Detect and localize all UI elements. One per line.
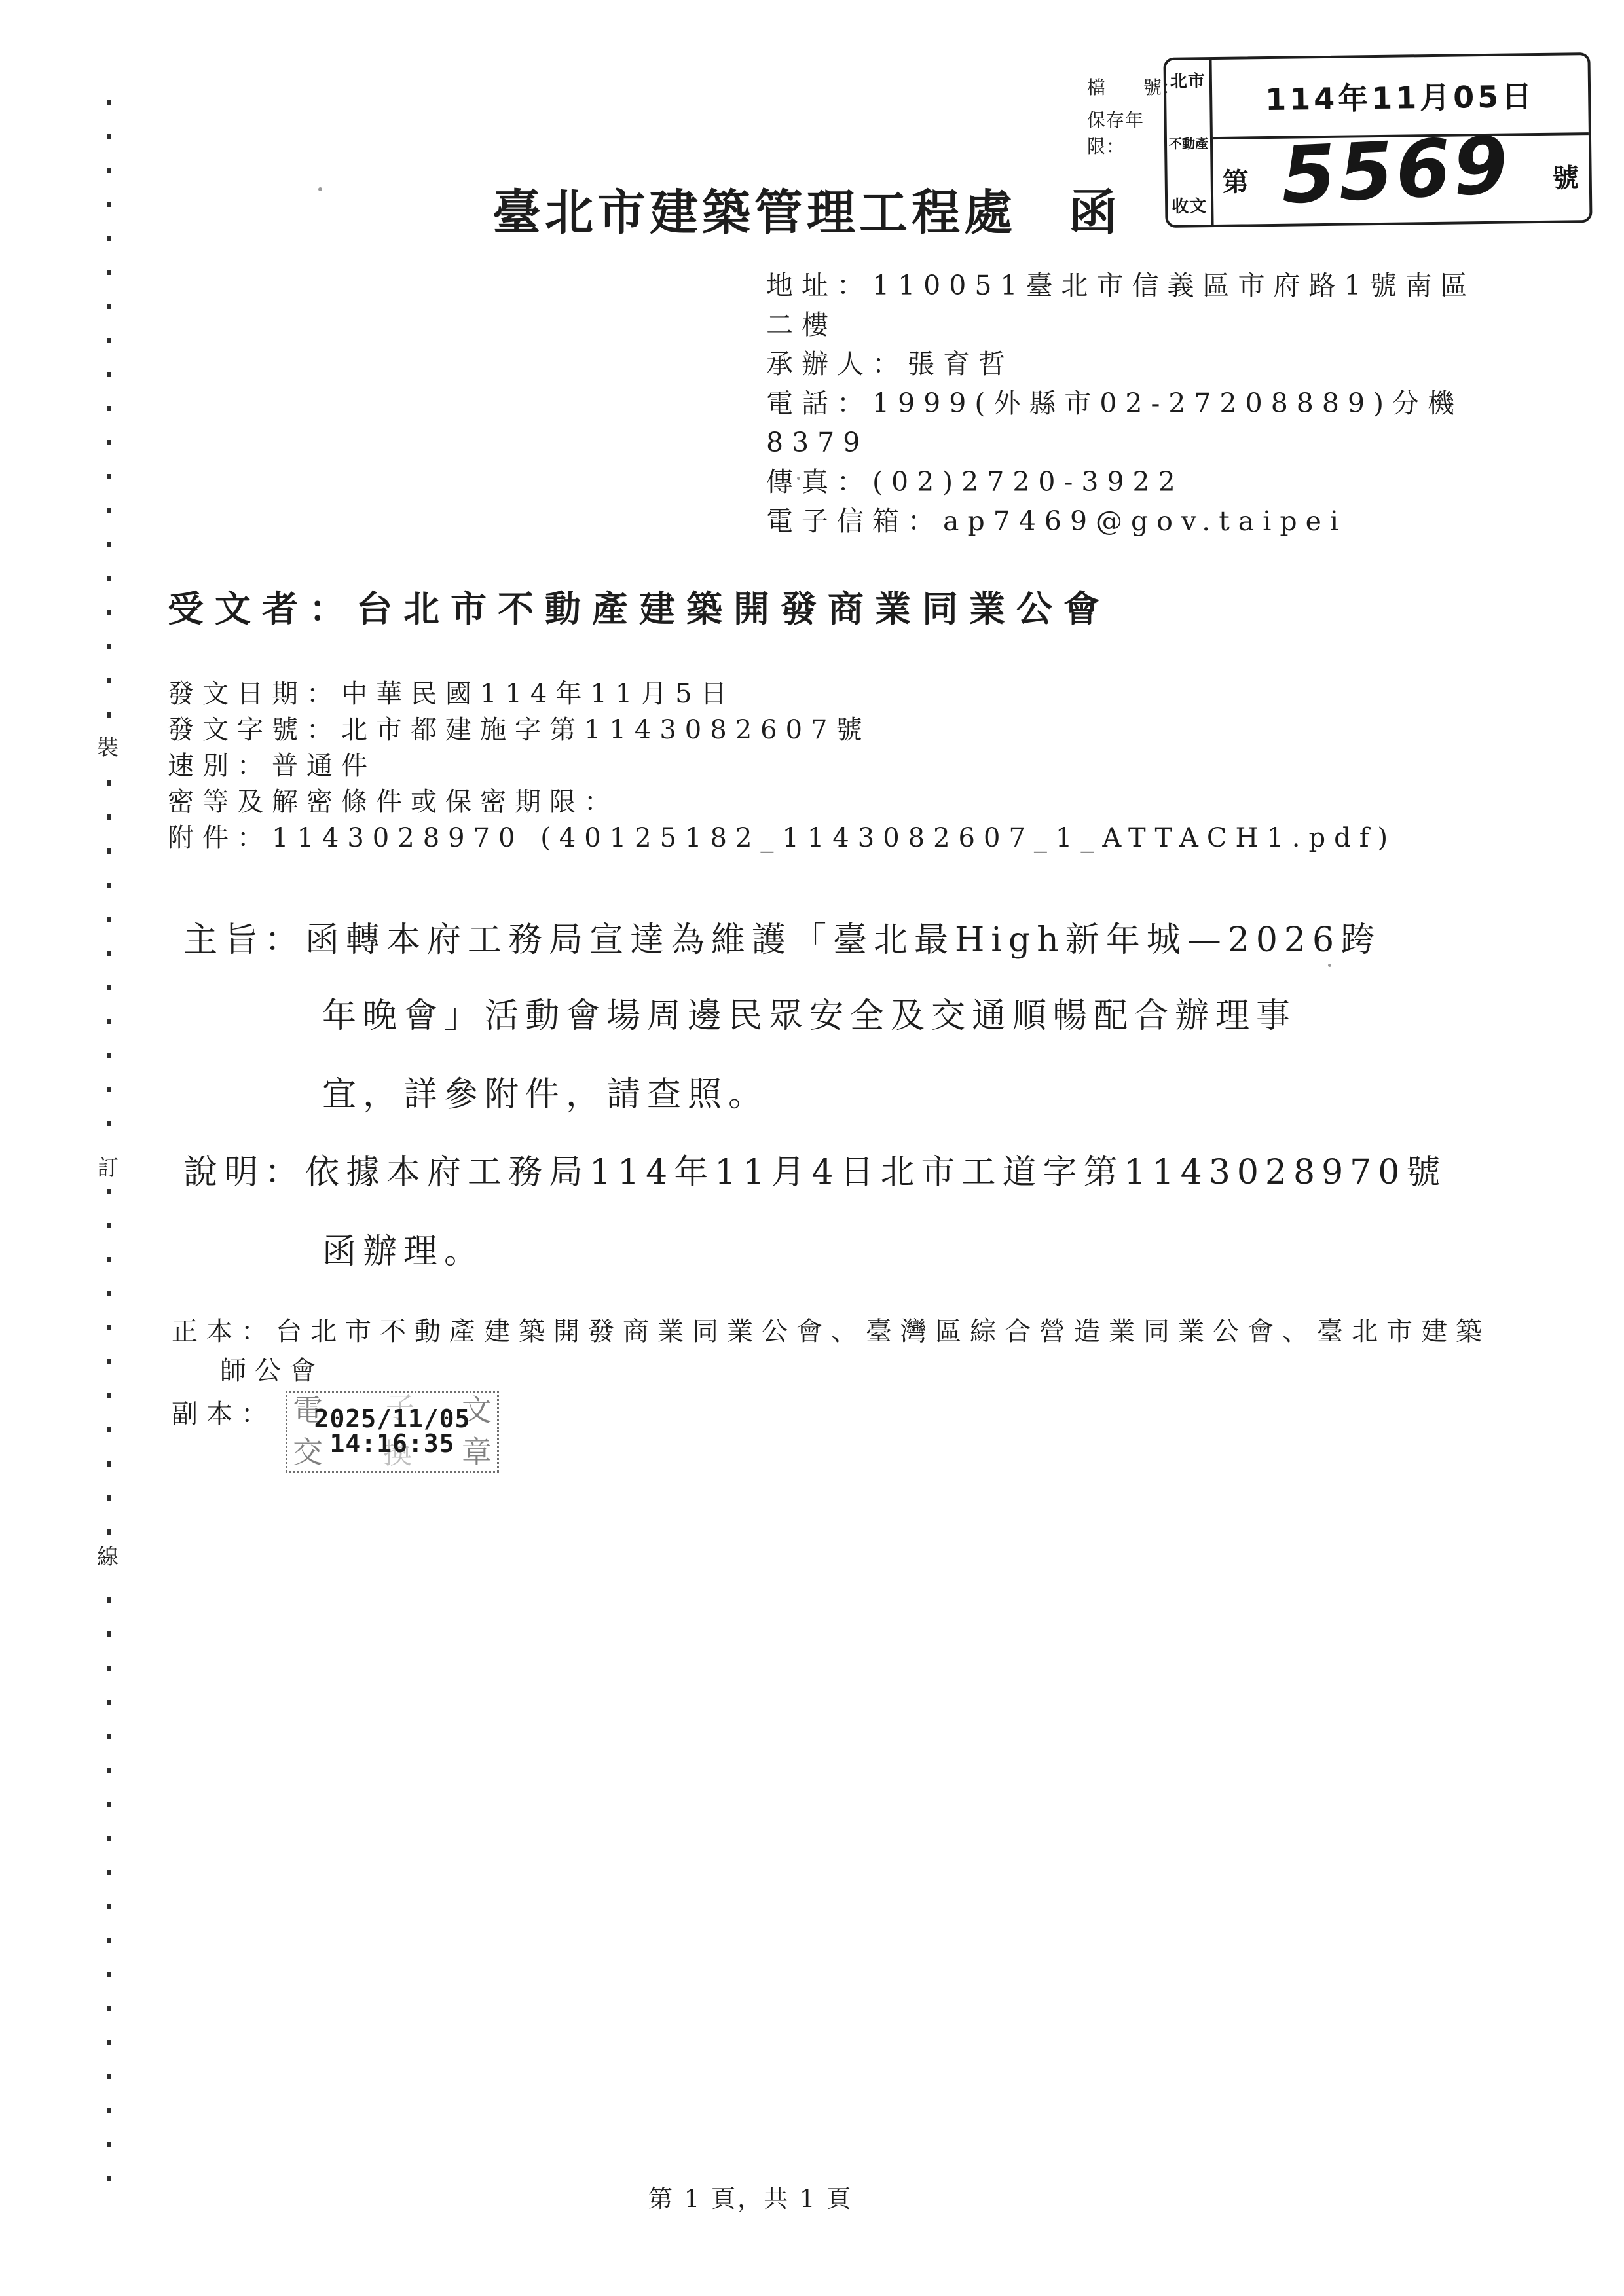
contact-address-line1: 地址：110051臺北市信義區市府路1號南區 (766, 266, 1476, 305)
original-recipients-line-1: 正本：台北市不動產建築開發商業同業公會、臺灣區綜合營造業同業公會、臺北市建築 (172, 1319, 1490, 1345)
contact-extension-line: 8379 (766, 423, 1476, 462)
description-line-1: 說明：依據本府工務局114年11月4日北市工道字第1143028970號 (183, 1156, 1447, 1190)
margin-line-label: 線 (96, 1540, 120, 1573)
original-recipients-line-2: 師公會 (220, 1358, 324, 1384)
exchange-corner-char-bl: 交 (293, 1437, 323, 1467)
contact-fax-line: 傳真：(02)2720-3922 (766, 462, 1476, 501)
scan-speck (318, 187, 322, 191)
exchange-stamp-time: 14:16:35 (329, 1429, 454, 1458)
contact-address-line2: 二樓 (766, 305, 1476, 344)
binding-dotted-line (107, 100, 111, 2185)
scanned-official-letter: 裝 訂 線 檔 號： 保存年限： 北市 不動產 收文 114年11月05日 第 … (0, 0, 1624, 2296)
margin-binding-label: 裝 (96, 731, 120, 764)
subject-line-1: 主旨：函轉本府工務局宣達為維護「臺北最High新年城—2026跨 (183, 923, 1381, 957)
margin-stitch-label: 訂 (96, 1151, 120, 1184)
recipient-line: 受文者：台北市不動產建築開發商業同業公會 (168, 591, 1111, 627)
meta-issue-date: 發文日期：中華民國114年11月5日 (168, 676, 1396, 712)
page-number-footer: 第 1 頁，共 1 頁 (648, 2187, 853, 2211)
receipt-org-mid: 不動產 (1169, 133, 1208, 153)
receipt-org-bottom: 收文 (1172, 192, 1207, 217)
subject-line-2: 年晚會」活動會場周邊民眾安全及交通順暢配合辦理事 (322, 999, 1297, 1033)
description-line-2: 函辦理。 (322, 1235, 485, 1269)
metadata-block: 發文日期：中華民國114年11月5日 發文字號：北市都建施字第114308260… (168, 676, 1396, 856)
receipt-stamp-org-column: 北市 不動產 收文 (1166, 60, 1213, 225)
receipt-handwritten-number: 5569 (1279, 120, 1512, 222)
meta-speed-class: 速別：普通件 (168, 748, 1396, 784)
receipt-stamp-number-row: 第 5569 號 (1213, 135, 1590, 225)
receipt-no-prefix: 第 (1222, 161, 1249, 198)
subject-line-3: 宜，詳參附件，請查照。 (322, 1078, 769, 1112)
exchange-corner-char-br: 章 (462, 1437, 492, 1467)
document-title: 臺北市建築管理工程處 函 (492, 189, 1121, 237)
electronic-exchange-stamp: 電 文 交 章 子 換 2025/11/05 14:16:35 (286, 1391, 499, 1473)
contact-officer-line: 承辦人：張育哲 (766, 344, 1476, 384)
receipt-no-suffix: 號 (1552, 157, 1579, 194)
meta-doc-number: 發文字號：北市都建施字第1143082607號 (168, 712, 1396, 748)
scan-speck (1328, 964, 1331, 967)
contact-email-line: 電子信箱：ap7469@gov.taipei (766, 501, 1476, 541)
meta-security-class: 密等及解密條件或保密期限： (168, 784, 1396, 820)
receipt-stamp: 北市 不動產 收文 114年11月05日 第 5569 號 (1163, 52, 1592, 228)
contact-phone-line: 電話：1999(外縣市02-27208889)分機 (766, 384, 1476, 423)
receipt-stamp-main: 114年11月05日 第 5569 號 (1211, 55, 1589, 225)
copy-label: 副本： (172, 1401, 276, 1427)
contact-block: 地址：110051臺北市信義區市府路1號南區 二樓 承辦人：張育哲 電話：199… (766, 266, 1476, 541)
receipt-org-top: 北市 (1170, 67, 1206, 92)
archive-file-label: 檔 (1087, 73, 1105, 100)
scan-speck (797, 477, 800, 480)
meta-attachment: 附件：1143028970 (40125182_1143082607_1_ATT… (168, 820, 1396, 856)
